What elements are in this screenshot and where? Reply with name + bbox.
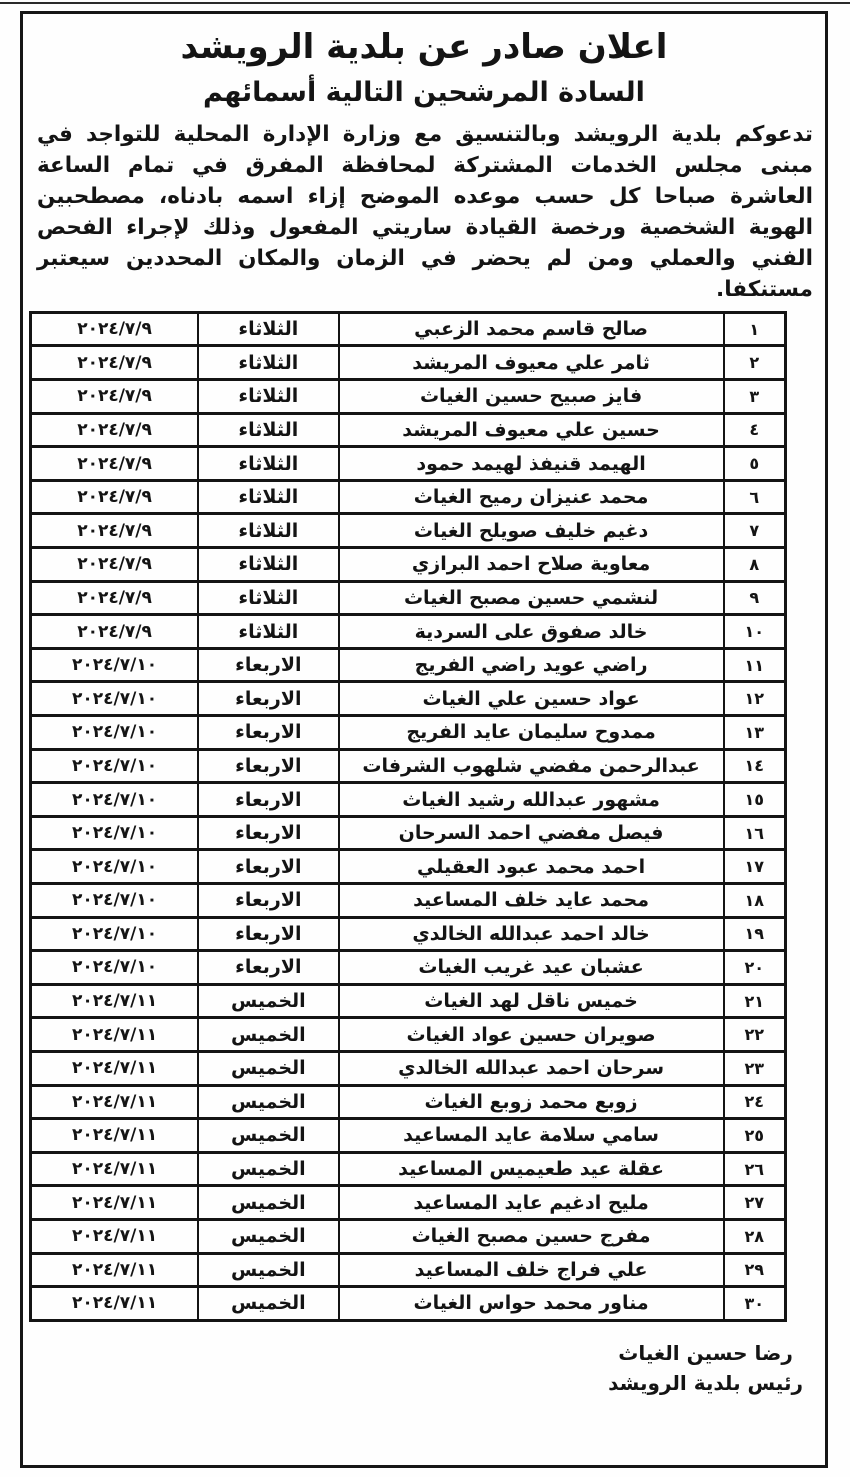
candidate-name-cell: زوبع محمد زوبع الغياث bbox=[339, 1085, 724, 1119]
table-row: ٥الهيمد قنيفذ لهيمد حمودالثلاثاء٢٠٢٤/٧/٩ bbox=[31, 447, 786, 481]
day-cell: الثلاثاء bbox=[198, 548, 338, 582]
date-cell: ٢٠٢٤/٧/٩ bbox=[31, 312, 199, 346]
day-cell: الثلاثاء bbox=[198, 346, 338, 380]
table-row: ٢٧مليح ادغيم عايد المساعيدالخميس٢٠٢٤/٧/١… bbox=[31, 1186, 786, 1220]
candidate-name-cell: صالح قاسم محمد الزعبي bbox=[339, 312, 724, 346]
row-number-cell: ١٨ bbox=[724, 883, 786, 917]
table-row: ٧دغيم خليف صويلح الغياثالثلاثاء٢٠٢٤/٧/٩ bbox=[31, 514, 786, 548]
row-number-cell: ١٤ bbox=[724, 749, 786, 783]
table-row: ٩لنشمي حسين مصبح الغياثالثلاثاء٢٠٢٤/٧/٩ bbox=[31, 581, 786, 615]
row-number-cell: ١٢ bbox=[724, 682, 786, 716]
date-cell: ٢٠٢٤/٧/٩ bbox=[31, 480, 199, 514]
table-row: ٤حسين علي معيوف المريشدالثلاثاء٢٠٢٤/٧/٩ bbox=[31, 413, 786, 447]
candidate-name-cell: خميس ناقل لهد الغياث bbox=[339, 984, 724, 1018]
candidate-name-cell: عشبان عيد غريب الغياث bbox=[339, 951, 724, 985]
date-cell: ٢٠٢٤/٧/٩ bbox=[31, 380, 199, 414]
candidate-name-cell: عبدالرحمن مفضي شلهوب الشرفات bbox=[339, 749, 724, 783]
table-row: ٢٨مفرج حسين مصبح الغياثالخميس٢٠٢٤/٧/١١ bbox=[31, 1219, 786, 1253]
candidate-name-cell: محمد عنيزان رميح الغياث bbox=[339, 480, 724, 514]
table-row: ٢ثامر علي معيوف المريشدالثلاثاء٢٠٢٤/٧/٩ bbox=[31, 346, 786, 380]
table-row: ٢٠عشبان عيد غريب الغياثالاربعاء٢٠٢٤/٧/١٠ bbox=[31, 951, 786, 985]
candidate-name-cell: دغيم خليف صويلح الغياث bbox=[339, 514, 724, 548]
date-cell: ٢٠٢٤/٧/١١ bbox=[31, 1287, 199, 1321]
row-number-cell: ٢٦ bbox=[724, 1152, 786, 1186]
day-cell: الثلاثاء bbox=[198, 413, 338, 447]
table-row: ٦محمد عنيزان رميح الغياثالثلاثاء٢٠٢٤/٧/٩ bbox=[31, 480, 786, 514]
date-cell: ٢٠٢٤/٧/١١ bbox=[31, 1219, 199, 1253]
candidate-name-cell: علي فراج خلف المساعيد bbox=[339, 1253, 724, 1287]
date-cell: ٢٠٢٤/٧/٩ bbox=[31, 548, 199, 582]
row-number-cell: ٢١ bbox=[724, 984, 786, 1018]
date-cell: ٢٠٢٤/٧/١٠ bbox=[31, 816, 199, 850]
signature-name: رضا حسين الغياث bbox=[608, 1338, 803, 1368]
date-cell: ٢٠٢٤/٧/١١ bbox=[31, 1018, 199, 1052]
day-cell: الخميس bbox=[198, 1152, 338, 1186]
row-number-cell: ١ bbox=[724, 312, 786, 346]
row-number-cell: ٢٨ bbox=[724, 1219, 786, 1253]
table-row: ١٦فيصل مفضي احمد السرحانالاربعاء٢٠٢٤/٧/١… bbox=[31, 816, 786, 850]
date-cell: ٢٠٢٤/٧/١٠ bbox=[31, 716, 199, 750]
candidate-name-cell: خالد احمد عبدالله الخالدي bbox=[339, 917, 724, 951]
top-rule-divider bbox=[0, 2, 850, 4]
announcement-body-text: تدعوكم بلدية الرويشد وبالتنسيق مع وزارة … bbox=[37, 119, 813, 305]
row-number-cell: ٣ bbox=[724, 380, 786, 414]
candidate-name-cell: مشهور عبدالله رشيد الغياث bbox=[339, 783, 724, 817]
candidate-name-cell: سرحان احمد عبدالله الخالدي bbox=[339, 1051, 724, 1085]
day-cell: الثلاثاء bbox=[198, 581, 338, 615]
candidate-name-cell: لنشمي حسين مصبح الغياث bbox=[339, 581, 724, 615]
day-cell: الخميس bbox=[198, 1287, 338, 1321]
date-cell: ٢٠٢٤/٧/٩ bbox=[31, 346, 199, 380]
day-cell: الخميس bbox=[198, 1018, 338, 1052]
day-cell: الخميس bbox=[198, 984, 338, 1018]
announcement-frame: اعلان صادر عن بلدية الرويشد السادة المرش… bbox=[20, 11, 828, 1468]
day-cell: الاربعاء bbox=[198, 783, 338, 817]
day-cell: الاربعاء bbox=[198, 917, 338, 951]
row-number-cell: ٢٥ bbox=[724, 1119, 786, 1153]
table-row: ١صالح قاسم محمد الزعبيالثلاثاء٢٠٢٤/٧/٩ bbox=[31, 312, 786, 346]
date-cell: ٢٠٢٤/٧/٩ bbox=[31, 413, 199, 447]
day-cell: الخميس bbox=[198, 1219, 338, 1253]
table-row: ٣فايز صبيح حسين الغياثالثلاثاء٢٠٢٤/٧/٩ bbox=[31, 380, 786, 414]
day-cell: الخميس bbox=[198, 1119, 338, 1153]
candidate-name-cell: مليح ادغيم عايد المساعيد bbox=[339, 1186, 724, 1220]
row-number-cell: ٢٠ bbox=[724, 951, 786, 985]
day-cell: الاربعاء bbox=[198, 850, 338, 884]
day-cell: الخميس bbox=[198, 1085, 338, 1119]
candidate-name-cell: خالد صفوق على السردية bbox=[339, 615, 724, 649]
day-cell: الاربعاء bbox=[198, 716, 338, 750]
candidate-name-cell: ممدوح سليمان عايد الفريج bbox=[339, 716, 724, 750]
day-cell: الاربعاء bbox=[198, 816, 338, 850]
row-number-cell: ١٥ bbox=[724, 783, 786, 817]
candidate-name-cell: معاوية صلاح احمد البرازي bbox=[339, 548, 724, 582]
date-cell: ٢٠٢٤/٧/١٠ bbox=[31, 883, 199, 917]
day-cell: الثلاثاء bbox=[198, 514, 338, 548]
row-number-cell: ٩ bbox=[724, 581, 786, 615]
table-row: ١١راضي عويد راضي الفريجالاربعاء٢٠٢٤/٧/١٠ bbox=[31, 648, 786, 682]
candidate-name-cell: الهيمد قنيفذ لهيمد حمود bbox=[339, 447, 724, 481]
candidates-table: ١صالح قاسم محمد الزعبيالثلاثاء٢٠٢٤/٧/٩٢ث… bbox=[29, 311, 787, 1322]
day-cell: الثلاثاء bbox=[198, 312, 338, 346]
row-number-cell: ٢٤ bbox=[724, 1085, 786, 1119]
candidates-table-body: ١صالح قاسم محمد الزعبيالثلاثاء٢٠٢٤/٧/٩٢ث… bbox=[31, 312, 786, 1320]
row-number-cell: ٧ bbox=[724, 514, 786, 548]
candidate-name-cell: راضي عويد راضي الفريج bbox=[339, 648, 724, 682]
day-cell: الخميس bbox=[198, 1186, 338, 1220]
candidate-name-cell: احمد محمد عبود العقيلي bbox=[339, 850, 724, 884]
table-row: ١٤عبدالرحمن مفضي شلهوب الشرفاتالاربعاء٢٠… bbox=[31, 749, 786, 783]
table-row: ٢٢صويران حسين عواد الغياثالخميس٢٠٢٤/٧/١١ bbox=[31, 1018, 786, 1052]
candidate-name-cell: سامي سلامة عايد المساعيد bbox=[339, 1119, 724, 1153]
table-row: ٢٦عقلة عيد طعيميس المساعيدالخميس٢٠٢٤/٧/١… bbox=[31, 1152, 786, 1186]
table-row: ١٢عواد حسين علي الغياثالاربعاء٢٠٢٤/٧/١٠ bbox=[31, 682, 786, 716]
day-cell: الثلاثاء bbox=[198, 447, 338, 481]
date-cell: ٢٠٢٤/٧/١٠ bbox=[31, 917, 199, 951]
row-number-cell: ١٩ bbox=[724, 917, 786, 951]
candidate-name-cell: فيصل مفضي احمد السرحان bbox=[339, 816, 724, 850]
table-row: ١٥مشهور عبدالله رشيد الغياثالاربعاء٢٠٢٤/… bbox=[31, 783, 786, 817]
date-cell: ٢٠٢٤/٧/١١ bbox=[31, 1085, 199, 1119]
date-cell: ٢٠٢٤/٧/١٠ bbox=[31, 749, 199, 783]
day-cell: الاربعاء bbox=[198, 648, 338, 682]
date-cell: ٢٠٢٤/٧/١١ bbox=[31, 1119, 199, 1153]
day-cell: الخميس bbox=[198, 1051, 338, 1085]
date-cell: ٢٠٢٤/٧/٩ bbox=[31, 447, 199, 481]
candidate-name-cell: عقلة عيد طعيميس المساعيد bbox=[339, 1152, 724, 1186]
date-cell: ٢٠٢٤/٧/٩ bbox=[31, 581, 199, 615]
date-cell: ٢٠٢٤/٧/١١ bbox=[31, 1051, 199, 1085]
signature-title: رئيس بلدية الرويشد bbox=[608, 1368, 803, 1398]
row-number-cell: ٢٢ bbox=[724, 1018, 786, 1052]
row-number-cell: ٦ bbox=[724, 480, 786, 514]
date-cell: ٢٠٢٤/٧/١١ bbox=[31, 1253, 199, 1287]
day-cell: الاربعاء bbox=[198, 883, 338, 917]
date-cell: ٢٠٢٤/٧/١٠ bbox=[31, 682, 199, 716]
row-number-cell: ٢٣ bbox=[724, 1051, 786, 1085]
date-cell: ٢٠٢٤/٧/١٠ bbox=[31, 951, 199, 985]
candidate-name-cell: محمد عايد خلف المساعيد bbox=[339, 883, 724, 917]
table-row: ٢٤زوبع محمد زوبع الغياثالخميس٢٠٢٤/٧/١١ bbox=[31, 1085, 786, 1119]
page-subtitle: السادة المرشحين التالية أسمائهم bbox=[27, 77, 821, 109]
date-cell: ٢٠٢٤/٧/٩ bbox=[31, 514, 199, 548]
page-title: اعلان صادر عن بلدية الرويشد bbox=[27, 26, 821, 69]
day-cell: الثلاثاء bbox=[198, 380, 338, 414]
row-number-cell: ٣٠ bbox=[724, 1287, 786, 1321]
table-row: ٨معاوية صلاح احمد البرازيالثلاثاء٢٠٢٤/٧/… bbox=[31, 548, 786, 582]
row-number-cell: ١٧ bbox=[724, 850, 786, 884]
table-row: ١٧احمد محمد عبود العقيليالاربعاء٢٠٢٤/٧/١… bbox=[31, 850, 786, 884]
candidate-name-cell: صويران حسين عواد الغياث bbox=[339, 1018, 724, 1052]
row-number-cell: ١٦ bbox=[724, 816, 786, 850]
row-number-cell: ١٣ bbox=[724, 716, 786, 750]
table-row: ٢٥سامي سلامة عايد المساعيدالخميس٢٠٢٤/٧/١… bbox=[31, 1119, 786, 1153]
candidate-name-cell: ثامر علي معيوف المريشد bbox=[339, 346, 724, 380]
day-cell: الاربعاء bbox=[198, 951, 338, 985]
table-row: ٣٠مناور محمد حواس الغياثالخميس٢٠٢٤/٧/١١ bbox=[31, 1287, 786, 1321]
row-number-cell: ٢٧ bbox=[724, 1186, 786, 1220]
day-cell: الخميس bbox=[198, 1253, 338, 1287]
table-row: ٢٩علي فراج خلف المساعيدالخميس٢٠٢٤/٧/١١ bbox=[31, 1253, 786, 1287]
day-cell: الاربعاء bbox=[198, 749, 338, 783]
date-cell: ٢٠٢٤/٧/١٠ bbox=[31, 648, 199, 682]
row-number-cell: ٢٩ bbox=[724, 1253, 786, 1287]
signature-block: رضا حسين الغياث رئيس بلدية الرويشد bbox=[608, 1338, 803, 1398]
date-cell: ٢٠٢٤/٧/١١ bbox=[31, 1186, 199, 1220]
row-number-cell: ١١ bbox=[724, 648, 786, 682]
announcement-page: اعلان صادر عن بلدية الرويشد السادة المرش… bbox=[0, 0, 850, 1477]
table-row: ١٨محمد عايد خلف المساعيدالاربعاء٢٠٢٤/٧/١… bbox=[31, 883, 786, 917]
row-number-cell: ٨ bbox=[724, 548, 786, 582]
date-cell: ٢٠٢٤/٧/١١ bbox=[31, 1152, 199, 1186]
candidate-name-cell: فايز صبيح حسين الغياث bbox=[339, 380, 724, 414]
candidate-name-cell: مفرج حسين مصبح الغياث bbox=[339, 1219, 724, 1253]
day-cell: الثلاثاء bbox=[198, 480, 338, 514]
candidate-name-cell: مناور محمد حواس الغياث bbox=[339, 1287, 724, 1321]
day-cell: الثلاثاء bbox=[198, 615, 338, 649]
candidate-name-cell: عواد حسين علي الغياث bbox=[339, 682, 724, 716]
date-cell: ٢٠٢٤/٧/١٠ bbox=[31, 850, 199, 884]
table-row: ١٣ممدوح سليمان عايد الفريجالاربعاء٢٠٢٤/٧… bbox=[31, 716, 786, 750]
row-number-cell: ٤ bbox=[724, 413, 786, 447]
table-row: ١٠خالد صفوق على السرديةالثلاثاء٢٠٢٤/٧/٩ bbox=[31, 615, 786, 649]
date-cell: ٢٠٢٤/٧/١٠ bbox=[31, 783, 199, 817]
table-row: ٢١خميس ناقل لهد الغياثالخميس٢٠٢٤/٧/١١ bbox=[31, 984, 786, 1018]
date-cell: ٢٠٢٤/٧/١١ bbox=[31, 984, 199, 1018]
table-row: ١٩خالد احمد عبدالله الخالديالاربعاء٢٠٢٤/… bbox=[31, 917, 786, 951]
day-cell: الاربعاء bbox=[198, 682, 338, 716]
date-cell: ٢٠٢٤/٧/٩ bbox=[31, 615, 199, 649]
row-number-cell: ٢ bbox=[724, 346, 786, 380]
table-row: ٢٣سرحان احمد عبدالله الخالديالخميس٢٠٢٤/٧… bbox=[31, 1051, 786, 1085]
row-number-cell: ٥ bbox=[724, 447, 786, 481]
row-number-cell: ١٠ bbox=[724, 615, 786, 649]
candidate-name-cell: حسين علي معيوف المريشد bbox=[339, 413, 724, 447]
